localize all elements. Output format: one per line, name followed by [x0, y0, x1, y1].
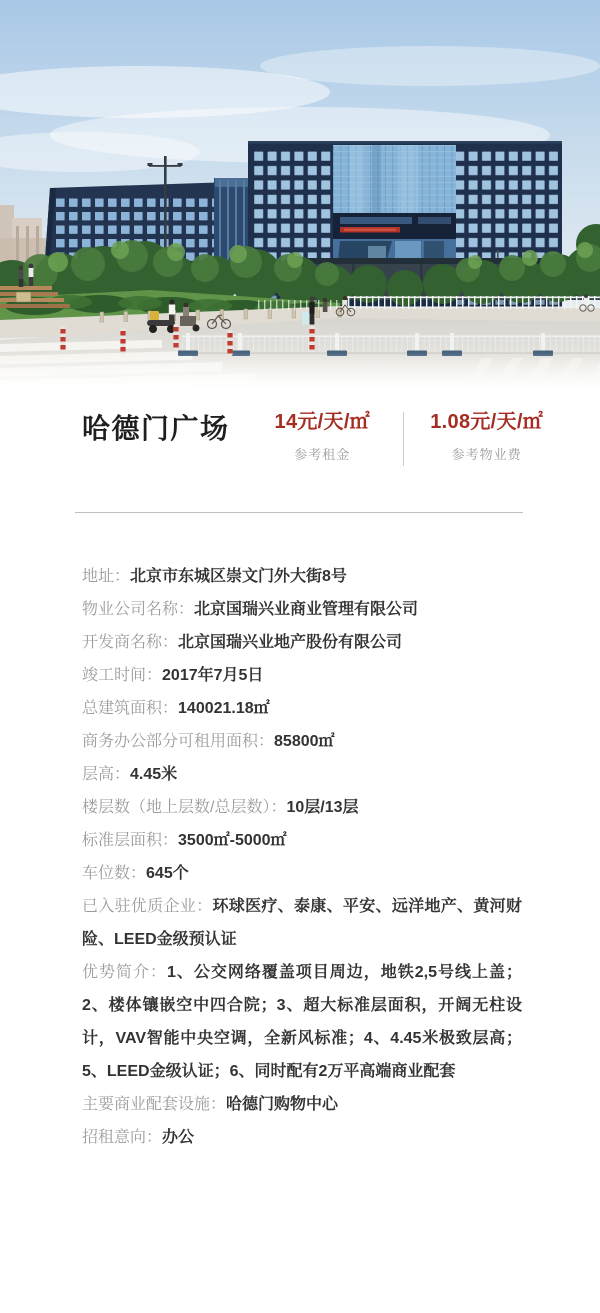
fee-price-value: 1.08元/天/㎡	[430, 410, 543, 434]
fee-price-caption: 参考物业费	[430, 444, 543, 463]
detail-row-floor-count: 楼层数（地上层数/总层数）：10层/13层	[82, 791, 522, 824]
detail-row-retail-facility: 主要商业配套设施：哈德门购物中心	[82, 1088, 522, 1121]
detail-row-property-company: 物业公司名称：北京国瑞兴业商业管理有限公司	[82, 593, 522, 626]
detail-row-parking-spaces: 车位数：645个	[82, 857, 522, 890]
detail-row-gross-floor-area: 总建筑面积：140021.18㎡	[82, 692, 522, 725]
detail-row-completion-date: 竣工时间：2017年7月5日	[82, 659, 522, 692]
photo-bottom-fade	[0, 352, 600, 388]
detail-row-anchor-tenants: 已入驻优质企业：环球医疗、泰康、平安、远洋地产、黄河财险、LEED金级预认证	[82, 890, 522, 956]
detail-row-advantages: 优势简介：1、公交网络覆盖项目周边，地铁2,5号线上盖；2、楼体镶嵌空中四合院；…	[82, 956, 522, 1088]
rent-price-caption: 参考租金	[267, 444, 377, 463]
section-divider	[75, 512, 523, 513]
detail-row-address: 地址：北京市东城区崇文门外大街8号	[82, 560, 522, 593]
detail-row-leasing-intent: 招租意向：办公	[82, 1121, 522, 1154]
detail-row-typical-floor-area: 标准层面积：3500㎡-5000㎡	[82, 824, 522, 857]
detail-row-developer: 开发商名称：北京国瑞兴业地产股份有限公司	[82, 626, 522, 659]
detail-row-floor-height: 层高：4.45米	[82, 758, 522, 791]
rent-price-value: 14元/天/㎡	[267, 410, 377, 434]
price-summary: 14元/天/㎡ 参考租金 1.08元/天/㎡ 参考物业费	[267, 410, 543, 466]
building-street-photo	[0, 0, 600, 388]
building-led-sign	[340, 227, 400, 233]
detail-row-office-rentable-area: 商务办公部分可租用面积：85800㎡	[82, 725, 522, 758]
property-listing-page: 哈德门广场 14元/天/㎡ 参考租金 1.08元/天/㎡ 参考物业费 地址：北京…	[0, 0, 600, 1313]
page-title: 哈德门广场	[82, 410, 230, 445]
rent-price: 14元/天/㎡ 参考租金	[267, 410, 377, 463]
fee-price: 1.08元/天/㎡ 参考物业费	[430, 410, 543, 463]
property-details: 地址：北京市东城区崇文门外大街8号 物业公司名称：北京国瑞兴业商业管理有限公司 …	[82, 560, 522, 1154]
listing-header: 哈德门广场 14元/天/㎡ 参考租金 1.08元/天/㎡ 参考物业费	[0, 388, 600, 466]
price-vertical-divider	[403, 412, 404, 466]
